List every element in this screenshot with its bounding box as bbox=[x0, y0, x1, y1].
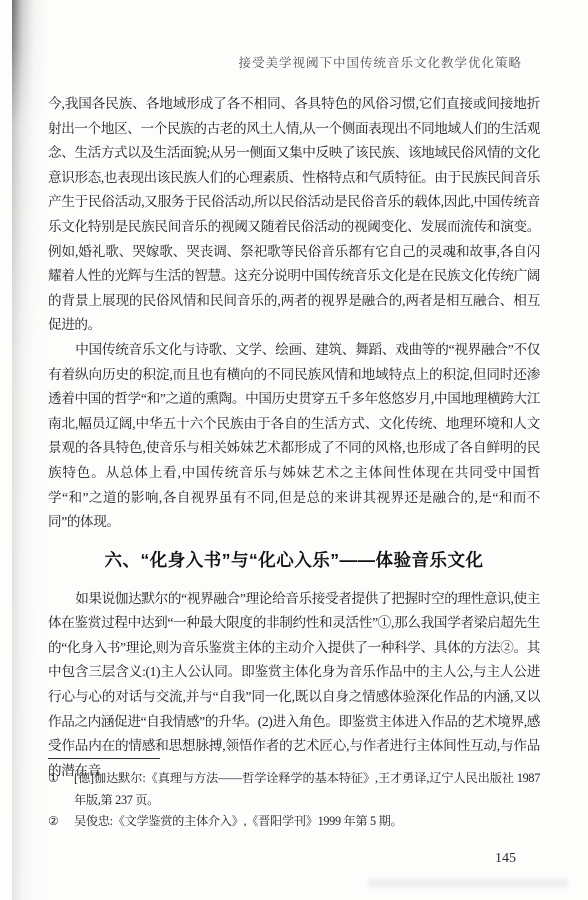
book-page: 接受美学视阈下中国传统音乐文化教学优化策略 今,我国各民族、各地域形成了各不相同… bbox=[0, 0, 588, 900]
page-number: 145 bbox=[495, 851, 516, 867]
footnote-text-1: [德]伽达默尔:《真理与方法——哲学诠释学的基本特征》,王才勇译,辽宁人民出版社… bbox=[74, 768, 540, 811]
scan-artifact bbox=[368, 879, 568, 888]
page-content: 今,我国各民族、各地域形成了各不相同、各具特色的风俗习惯,它们直接或间接地折射出… bbox=[48, 92, 540, 783]
running-head: 接受美学视阈下中国传统音乐文化教学优化策略 bbox=[238, 53, 522, 71]
footnote-item-2: ② 吴俊忠:《文学鉴赏的主体介入》,《晋阳学刊》1999 年第 5 期。 bbox=[48, 811, 540, 833]
body-paragraph-2: 中国传统音乐文化与诗歌、文学、绘画、建筑、舞蹈、戏曲等的“视界融合”不仅有着纵向… bbox=[48, 338, 540, 535]
footnote-text-2: 吴俊忠:《文学鉴赏的主体介入》,《晋阳学刊》1999 年第 5 期。 bbox=[74, 811, 540, 833]
body-paragraph-1: 今,我国各民族、各地域形成了各不相同、各具特色的风俗习惯,它们直接或间接地折射出… bbox=[48, 92, 540, 338]
body-paragraph-3: 如果说伽达默尔的“视界融合”理论给音乐接受者提供了把握时空的理性意识,使主体在鉴… bbox=[48, 587, 540, 784]
footnotes: ① [德]伽达默尔:《真理与方法——哲学诠释学的基本特征》,王才勇译,辽宁人民出… bbox=[48, 758, 540, 833]
section-heading: 六、“化身入书”与“化心入乐”——体验音乐文化 bbox=[48, 545, 540, 575]
footnote-marker-1: ① bbox=[48, 768, 74, 811]
footnote-divider bbox=[48, 758, 160, 759]
footnote-item-1: ① [德]伽达默尔:《真理与方法——哲学诠释学的基本特征》,王才勇译,辽宁人民出… bbox=[48, 768, 540, 811]
binding-shadow bbox=[12, 0, 48, 900]
footnote-marker-2: ② bbox=[48, 811, 74, 833]
